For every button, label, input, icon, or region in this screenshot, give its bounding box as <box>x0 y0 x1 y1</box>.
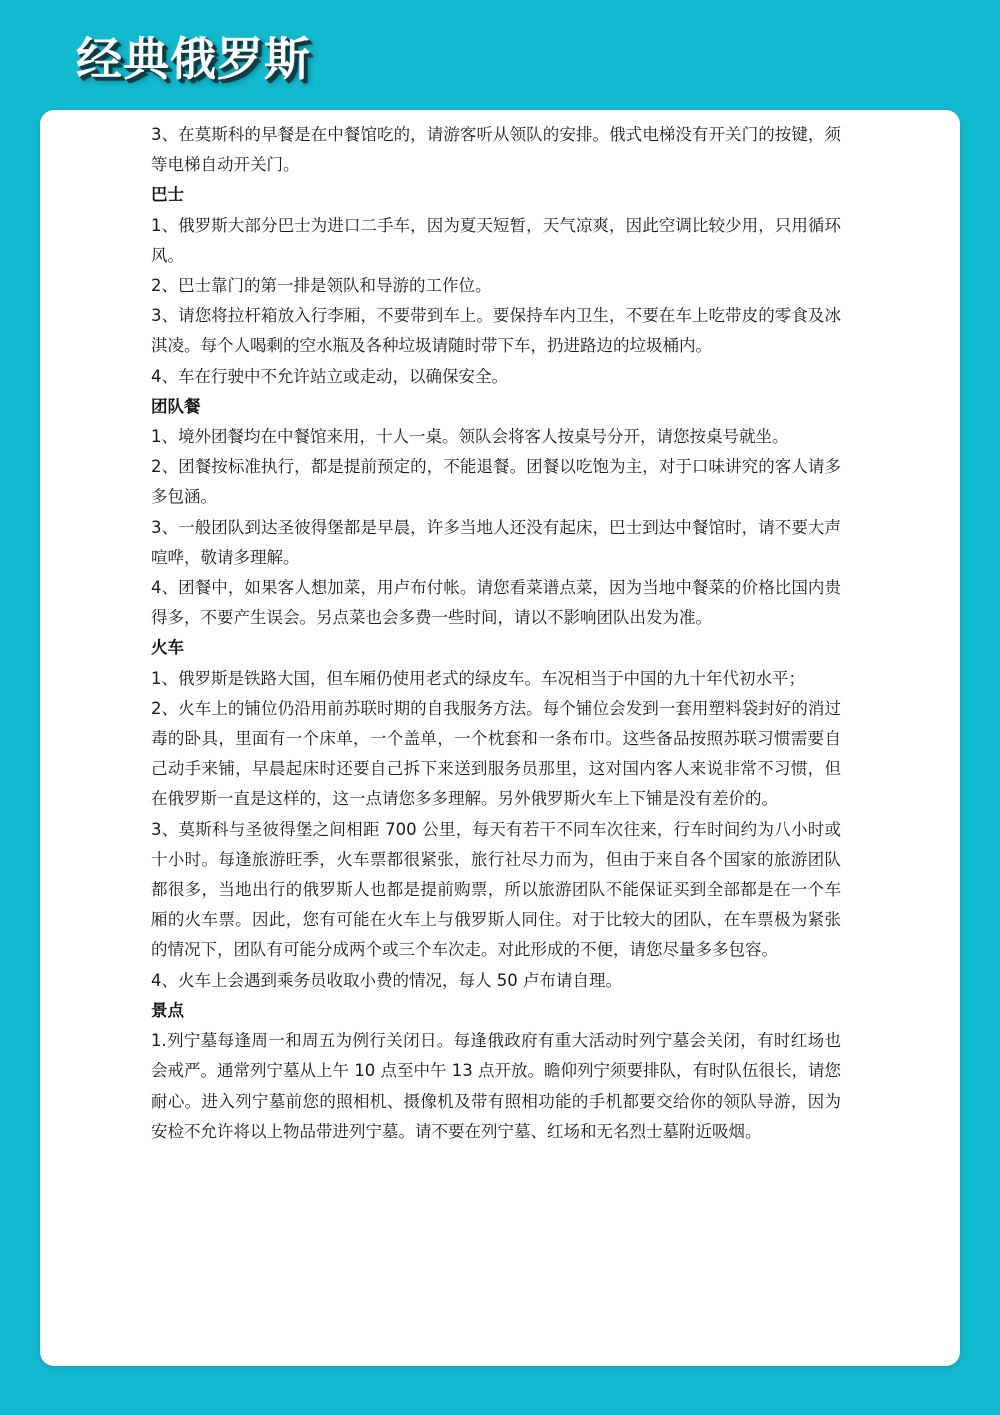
section-paragraph: 2、团餐按标准执行，都是提前预定的，不能退餐。团餐以吃饱为主，对于口味讲究的客人… <box>151 452 841 512</box>
section-paragraph: 4、车在行驶中不允许站立或走动，以确保安全。 <box>151 362 841 392</box>
section-paragraph: 2、火车上的铺位仍沿用前苏联时期的自我服务方法。每个铺位会发到一套用塑料袋封好的… <box>151 694 841 815</box>
section-paragraph: 4、团餐中，如果客人想加菜，用卢布付帐。请您看菜谱点菜，因为当地中餐菜的价格比国… <box>151 573 841 633</box>
section-group-meals: 团队餐 1、境外团餐均在中餐馆来用，十人一桌。领队会将客人按桌号分开，请您按桌号… <box>151 392 841 634</box>
intro-paragraph: 3、在莫斯科的早餐是在中餐馆吃的，请游客听从领队的安排。俄式电梯没有开关门的按键… <box>151 120 841 180</box>
content-card: 3、在莫斯科的早餐是在中餐馆吃的，请游客听从领队的安排。俄式电梯没有开关门的按键… <box>40 110 960 1366</box>
section-heading: 火车 <box>151 633 841 663</box>
page-title: 经典俄罗斯 <box>76 34 311 85</box>
section-paragraph: 1、境外团餐均在中餐馆来用，十人一桌。领队会将客人按桌号分开，请您按桌号就坐。 <box>151 422 841 452</box>
section-paragraph: 1.列宁墓每逢周一和周五为例行关闭日。每逢俄政府有重大活动时列宁墓会关闭，有时红… <box>151 1026 841 1147</box>
section-paragraph: 3、请您将拉杆箱放入行李厢，不要带到车上。要保持车内卫生，不要在车上吃带皮的零食… <box>151 301 841 361</box>
section-heading: 团队餐 <box>151 392 841 422</box>
section-paragraph: 1、俄罗斯大部分巴士为进口二手车，因为夏天短暂，天气凉爽，因此空调比较少用，只用… <box>151 211 841 271</box>
section-paragraph: 3、莫斯科与圣彼得堡之间相距 700 公里，每天有若干不同车次往来，行车时间约为… <box>151 815 841 966</box>
section-paragraph: 4、火车上会遇到乘务员收取小费的情况，每人 50 卢布请自理。 <box>151 966 841 996</box>
section-heading: 巴士 <box>151 180 841 210</box>
section-heading: 景点 <box>151 996 841 1026</box>
section-paragraph: 1、俄罗斯是铁路大国，但车厢仍使用老式的绿皮车。车况相当于中国的九十年代初水平； <box>151 664 841 694</box>
section-attractions: 景点 1.列宁墓每逢周一和周五为例行关闭日。每逢俄政府有重大活动时列宁墓会关闭，… <box>151 996 841 1147</box>
section-paragraph: 3、一般团队到达圣彼得堡都是早晨，许多当地人还没有起床，巴士到达中餐馆时，请不要… <box>151 513 841 573</box>
section-paragraph: 2、巴士靠门的第一排是领队和导游的工作位。 <box>151 271 841 301</box>
document-body: 3、在莫斯科的早餐是在中餐馆吃的，请游客听从领队的安排。俄式电梯没有开关门的按键… <box>151 120 841 1147</box>
section-train: 火车 1、俄罗斯是铁路大国，但车厢仍使用老式的绿皮车。车况相当于中国的九十年代初… <box>151 633 841 995</box>
section-bus: 巴士 1、俄罗斯大部分巴士为进口二手车，因为夏天短暂，天气凉爽，因此空调比较少用… <box>151 180 841 391</box>
